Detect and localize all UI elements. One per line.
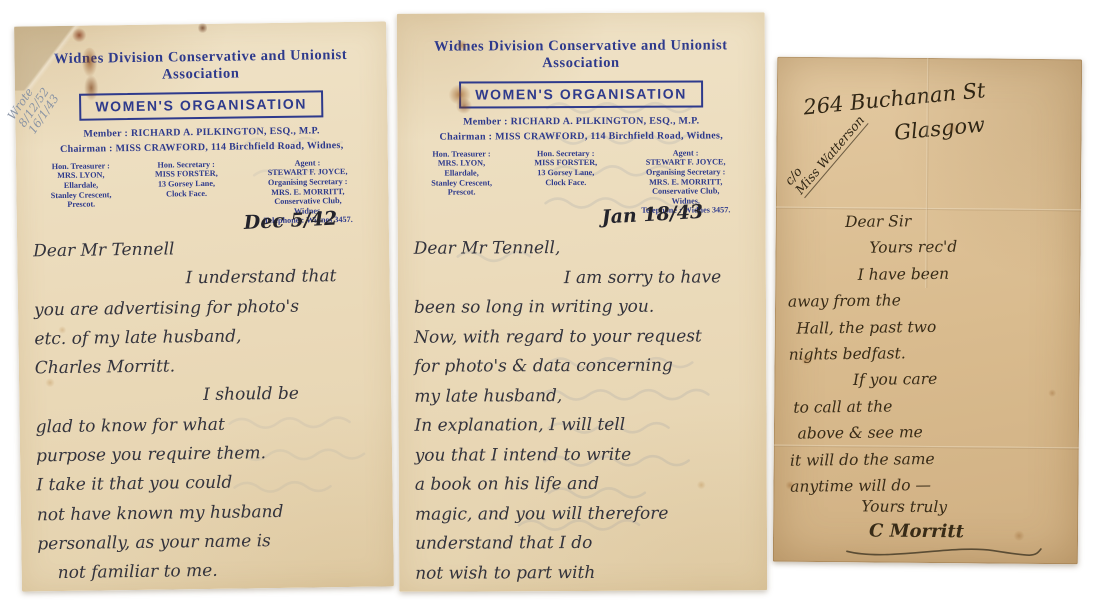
text-line: magic, and you will therefore: [415, 499, 759, 530]
handwritten-card: 264 Buchanan St Glasgow c/oMiss Watterso…: [773, 57, 1082, 565]
text-line: away from the: [788, 286, 1071, 316]
handwritten-date: Dec 5/42: [243, 208, 337, 235]
text-line: Now, with regard to your request: [414, 322, 758, 353]
text-line: Organising Secretary :: [618, 167, 754, 177]
text-line: it will do the same: [790, 444, 1073, 474]
text-line: anytime will do —: [790, 470, 1073, 500]
text-line: If you care: [789, 365, 1072, 395]
card-signoff: Yours truly: [861, 497, 947, 516]
text-line: Dear Sir: [787, 206, 1070, 236]
letter-body: Dear Mr Tennell,I am sorry to havebeen s…: [414, 233, 760, 588]
org-name-line2: Association: [397, 55, 765, 74]
text-line: a book on his life and: [415, 469, 759, 500]
letter-page-2: Widnes Division Conservative and Unionis…: [397, 12, 768, 592]
letter-page-1: Wrote8/12/5216/1/43 Widnes Division Cons…: [14, 21, 394, 591]
text-line: Hon. Secretary :: [514, 149, 618, 159]
text-line: Stanley Crescent,: [409, 178, 513, 188]
text-line: Clock Face.: [514, 177, 618, 187]
text-line: 13 Gorsey Lane,: [514, 168, 618, 178]
chairman-line: Chairman : MISS CRAWFORD, 114 Birchfield…: [16, 139, 388, 155]
text-line: I understand that: [33, 262, 381, 296]
member-line: Member : RICHARD A. PILKINGTON, ESQ., M.…: [16, 124, 388, 140]
card-body: Dear SirYours rec'dI have beenaway from …: [787, 206, 1074, 500]
division-banner: WOMEN'S ORGANISATION: [459, 80, 703, 108]
text-line: Prescot.: [29, 199, 135, 210]
text-line: Clock Face.: [134, 188, 240, 199]
handwritten-date: Jan 18/43: [602, 201, 705, 229]
text-line: In explanation, I will tell: [414, 410, 758, 441]
text-line: Yours rec'd: [787, 233, 1070, 263]
text-line: you that I intend to write: [415, 440, 759, 471]
org-name-line1: Widnes Division Conservative and Unionis…: [397, 37, 765, 56]
text-line: Ellardale,: [409, 168, 513, 178]
letterhead: Widnes Division Conservative and Unionis…: [397, 12, 766, 217]
text-line: not wish to part with: [415, 558, 759, 589]
treasurer-column: Hon. Treasurer :MRS. LYON,Ellardale,Stan…: [409, 149, 514, 217]
treasurer-column: Hon. Treasurer :MRS. LYON,Ellardale,Stan…: [28, 161, 134, 230]
letter-body: Dear Mr TennellI understand thatyou are …: [33, 233, 386, 589]
text-line: for photo's & data concerning: [414, 351, 758, 382]
text-line: Hall, the past two: [788, 312, 1071, 342]
member-line: Member : RICHARD A. PILKINGTON, ESQ., M.…: [397, 115, 765, 128]
secretary-column: Hon. Secretary :MISS FORSTER,13 Gorsey L…: [133, 159, 239, 228]
text-line: Dear Mr Tennell,: [414, 233, 758, 264]
signature: C Morritt: [869, 520, 964, 542]
text-line: MISS FORSTER,: [514, 158, 618, 168]
text-line: nights bedfast.: [788, 338, 1071, 368]
text-line: been so long in writing you.: [414, 292, 758, 323]
text-line: to call at the: [789, 391, 1072, 421]
letterhead: Widnes Division Conservative and Unionis…: [14, 21, 389, 229]
officers-columns: Hon. Treasurer :MRS. LYON,Ellardale,Stan…: [397, 148, 765, 217]
text-line: my late husband,: [414, 381, 758, 412]
text-line: Agent :: [618, 148, 754, 158]
text-line: Hon. Treasurer :: [409, 149, 513, 159]
text-line: Conservative Club,: [618, 186, 754, 196]
division-banner: WOMEN'S ORGANISATION: [79, 90, 323, 120]
text-line: MRS. LYON,: [409, 159, 513, 169]
scan-background: Wrote8/12/5216/1/43 Widnes Division Cons…: [0, 0, 1104, 600]
text-line: MRS. E. MORRITT,: [618, 177, 754, 187]
text-line: not familiar to me.: [38, 555, 386, 589]
text-line: above & see me: [789, 418, 1072, 448]
text-line: STEWART F. JOYCE,: [618, 158, 754, 168]
foxing-spot: [1013, 531, 1025, 541]
text-line: Prescot.: [410, 187, 514, 197]
text-line: I have been: [788, 259, 1071, 289]
signature-flourish: [843, 541, 1043, 563]
text-line: I am sorry to have: [414, 263, 758, 294]
text-line: understand that I do: [415, 528, 759, 559]
chairman-line: Chairman : MISS CRAWFORD, 114 Birchfield…: [397, 130, 765, 143]
